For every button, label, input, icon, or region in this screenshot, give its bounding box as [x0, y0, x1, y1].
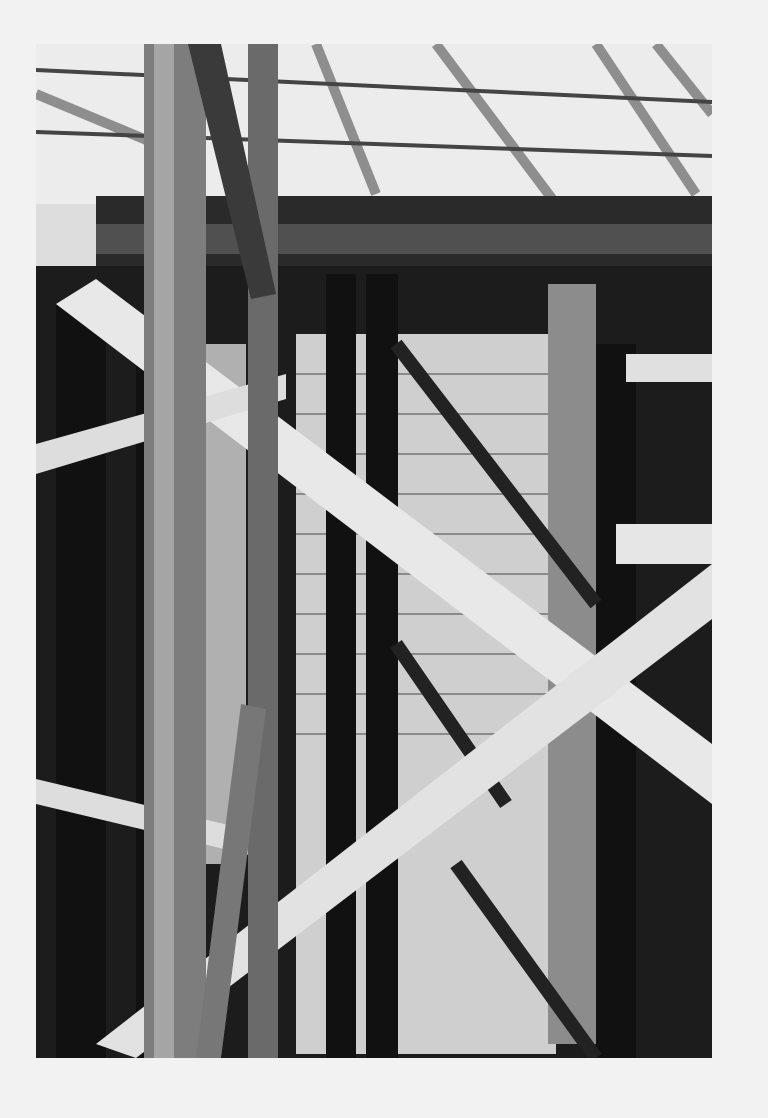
photo-scene [36, 44, 712, 1058]
photo-print [0, 0, 768, 1118]
scaffolding-photo [36, 44, 712, 1058]
